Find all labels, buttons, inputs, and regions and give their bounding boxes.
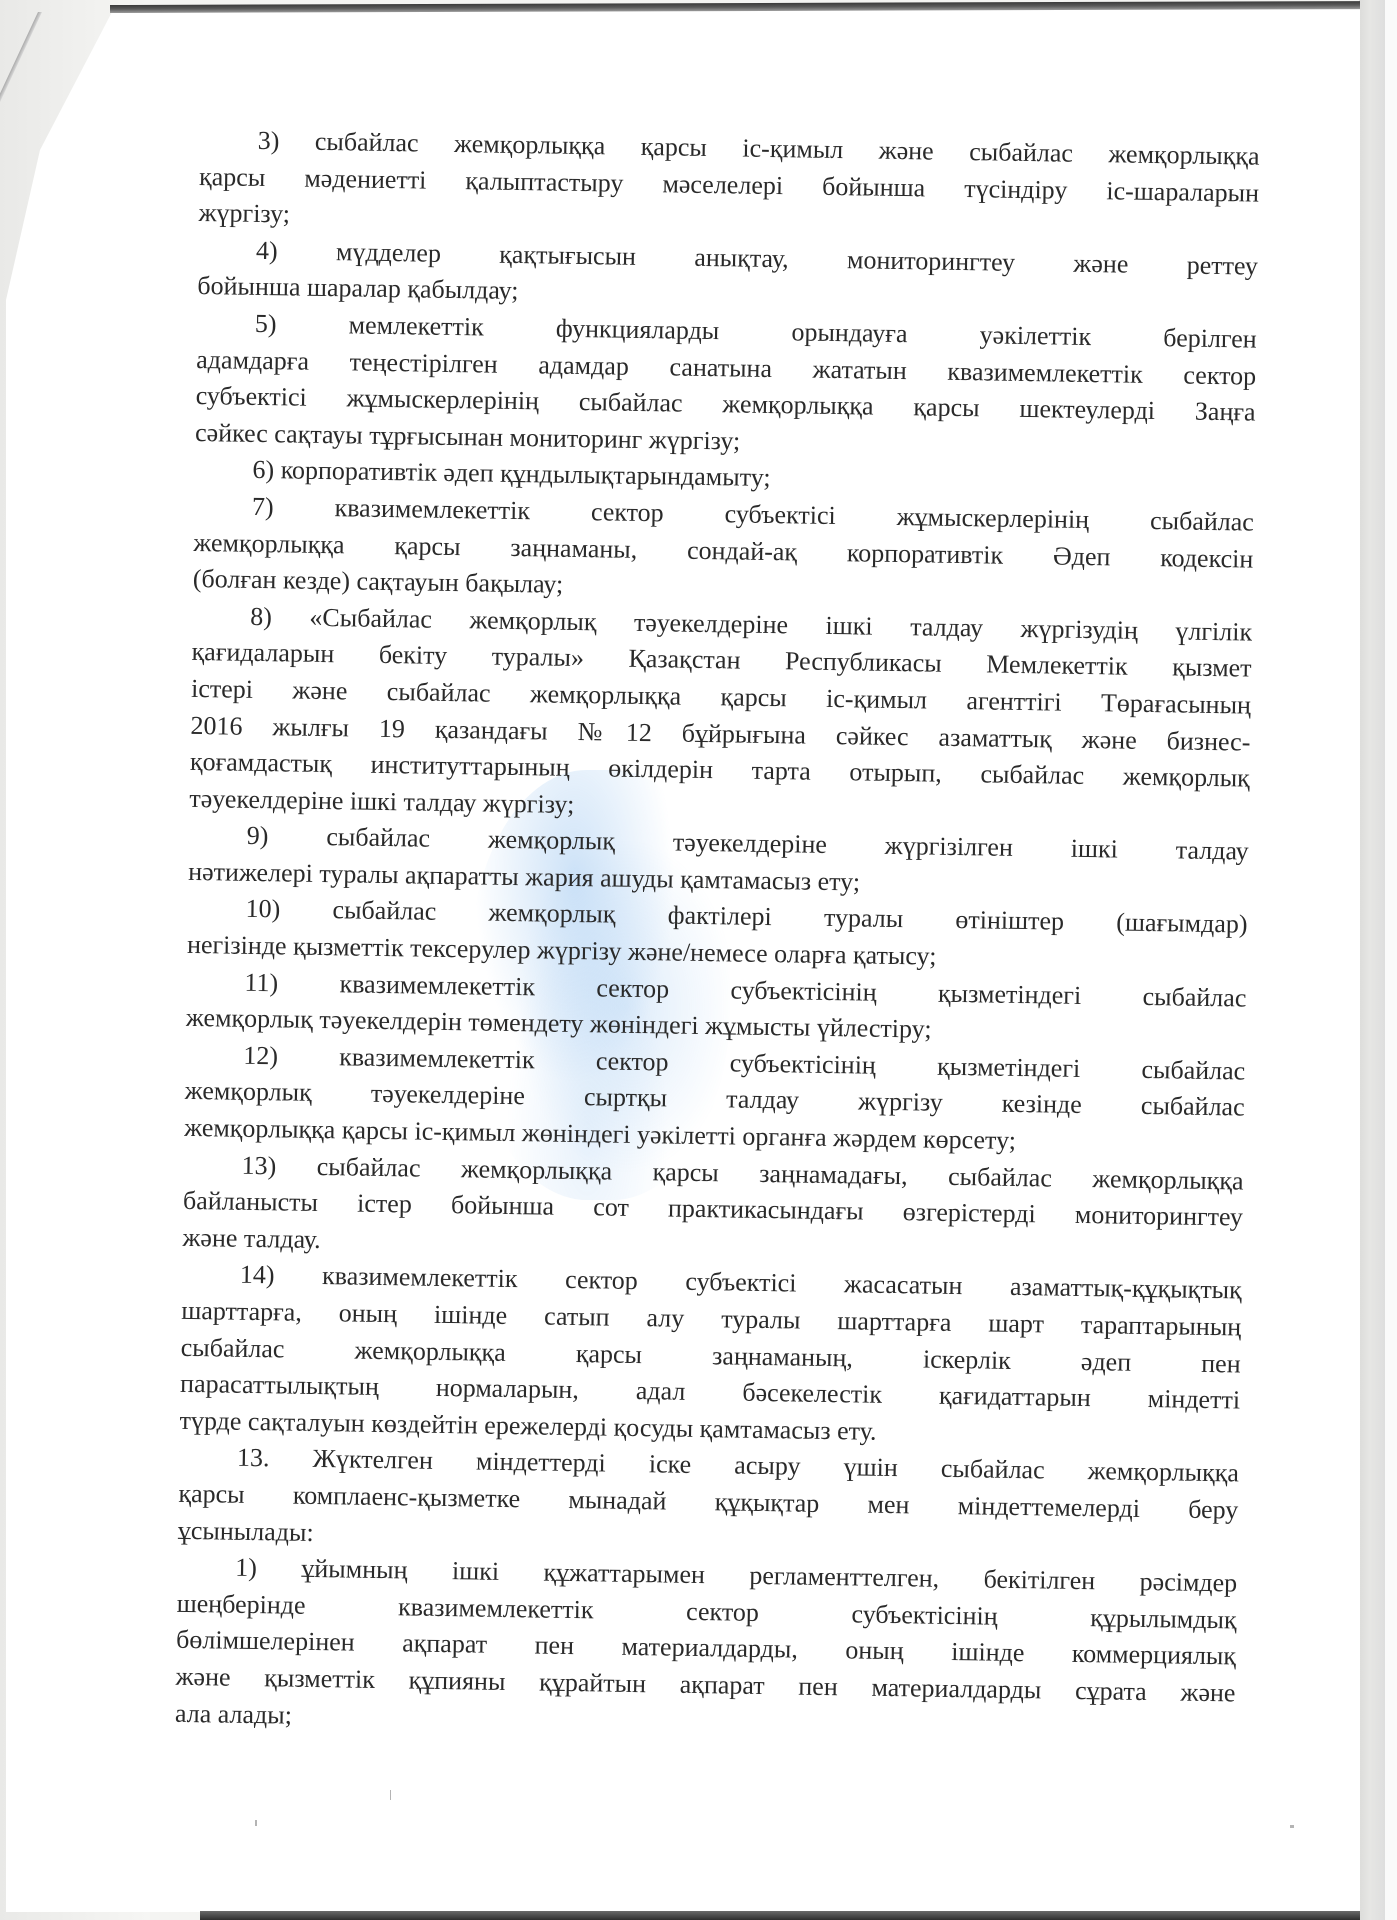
list-item-3: 3) сыбайлас жемқорлыққа қарсы іс-қимыл ж… — [198, 122, 1260, 248]
section-13: 13. Жүктелген міндеттерді іске асыру үші… — [178, 1439, 1240, 1565]
section-13-list-item-1: 1) ұйымның ішкі құжаттарымен регламентте… — [175, 1549, 1238, 1749]
page-bottom-edge-shadow — [200, 1911, 1360, 1920]
list-item-14: 14) квазимемлекеттік сектор субъектісі ж… — [179, 1256, 1242, 1456]
list-item-13: 13) сыбайлас жемқорлыққа қарсы заңнамада… — [182, 1146, 1244, 1272]
list-item-7: 7) квазимемлекеттік сектор субъектісі жұ… — [193, 488, 1255, 614]
scan-speck — [255, 1820, 257, 1826]
list-item-5: 5) мемлекеттік функцияларды орындауға уә… — [195, 305, 1257, 468]
scanner-background-right — [1359, 0, 1385, 1920]
document-body: 3) сыбайлас жемқорлыққа қарсы іс-қимыл ж… — [175, 122, 1260, 1749]
scanner-edge-right — [1385, 0, 1397, 1920]
list-item-8: 8) «Сыбайлас жемқорлық тәуекелдеріне ішк… — [189, 598, 1252, 834]
list-item-12: 12) квазимемлекеттік сектор субъектісіні… — [184, 1037, 1246, 1163]
scan-speck — [1290, 1825, 1294, 1828]
scan-speck — [390, 1790, 391, 1800]
